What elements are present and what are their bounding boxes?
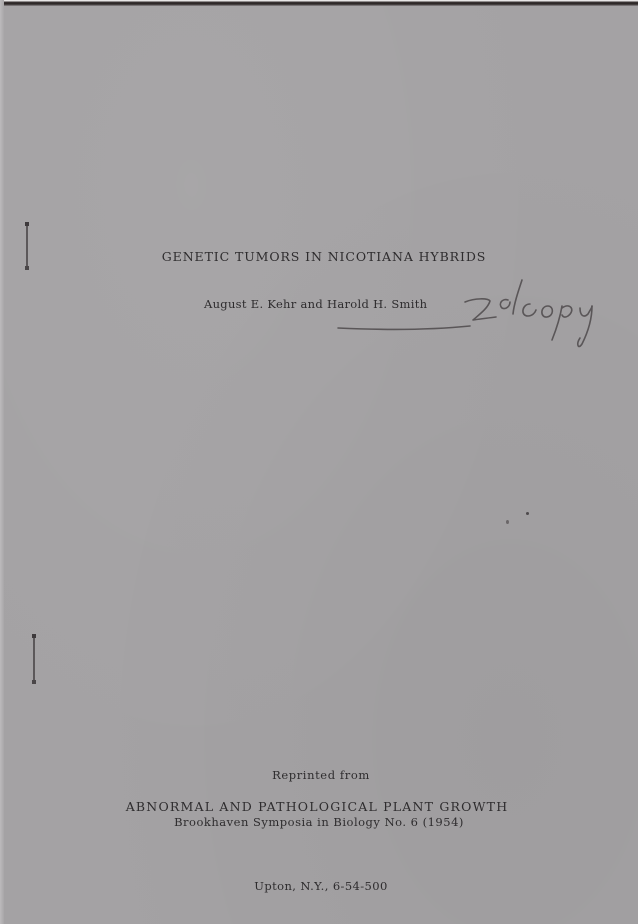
page-left-edge — [0, 0, 4, 924]
document-cover: GENETIC TUMORS IN NICOTIANA HYBRIDS Augu… — [0, 0, 638, 924]
paper-speck — [526, 512, 529, 515]
paper-speck — [506, 520, 509, 524]
handwritten-note: 2d copy — [330, 268, 610, 358]
document-title: GENETIC TUMORS IN NICOTIANA HYBRIDS — [2, 249, 638, 264]
source-title: ABNORMAL AND PATHOLOGICAL PLANT GROWTH — [0, 799, 636, 814]
source-subtitle: Brookhaven Symposia in Biology No. 6 (19… — [0, 815, 638, 829]
staple-icon — [31, 634, 37, 684]
reprint-label: Reprinted from — [2, 768, 638, 782]
imprint-line: Upton, N.Y., 6-54-500 — [2, 879, 638, 893]
page-top-edge — [0, 0, 638, 6]
pencil-underline — [338, 326, 470, 329]
